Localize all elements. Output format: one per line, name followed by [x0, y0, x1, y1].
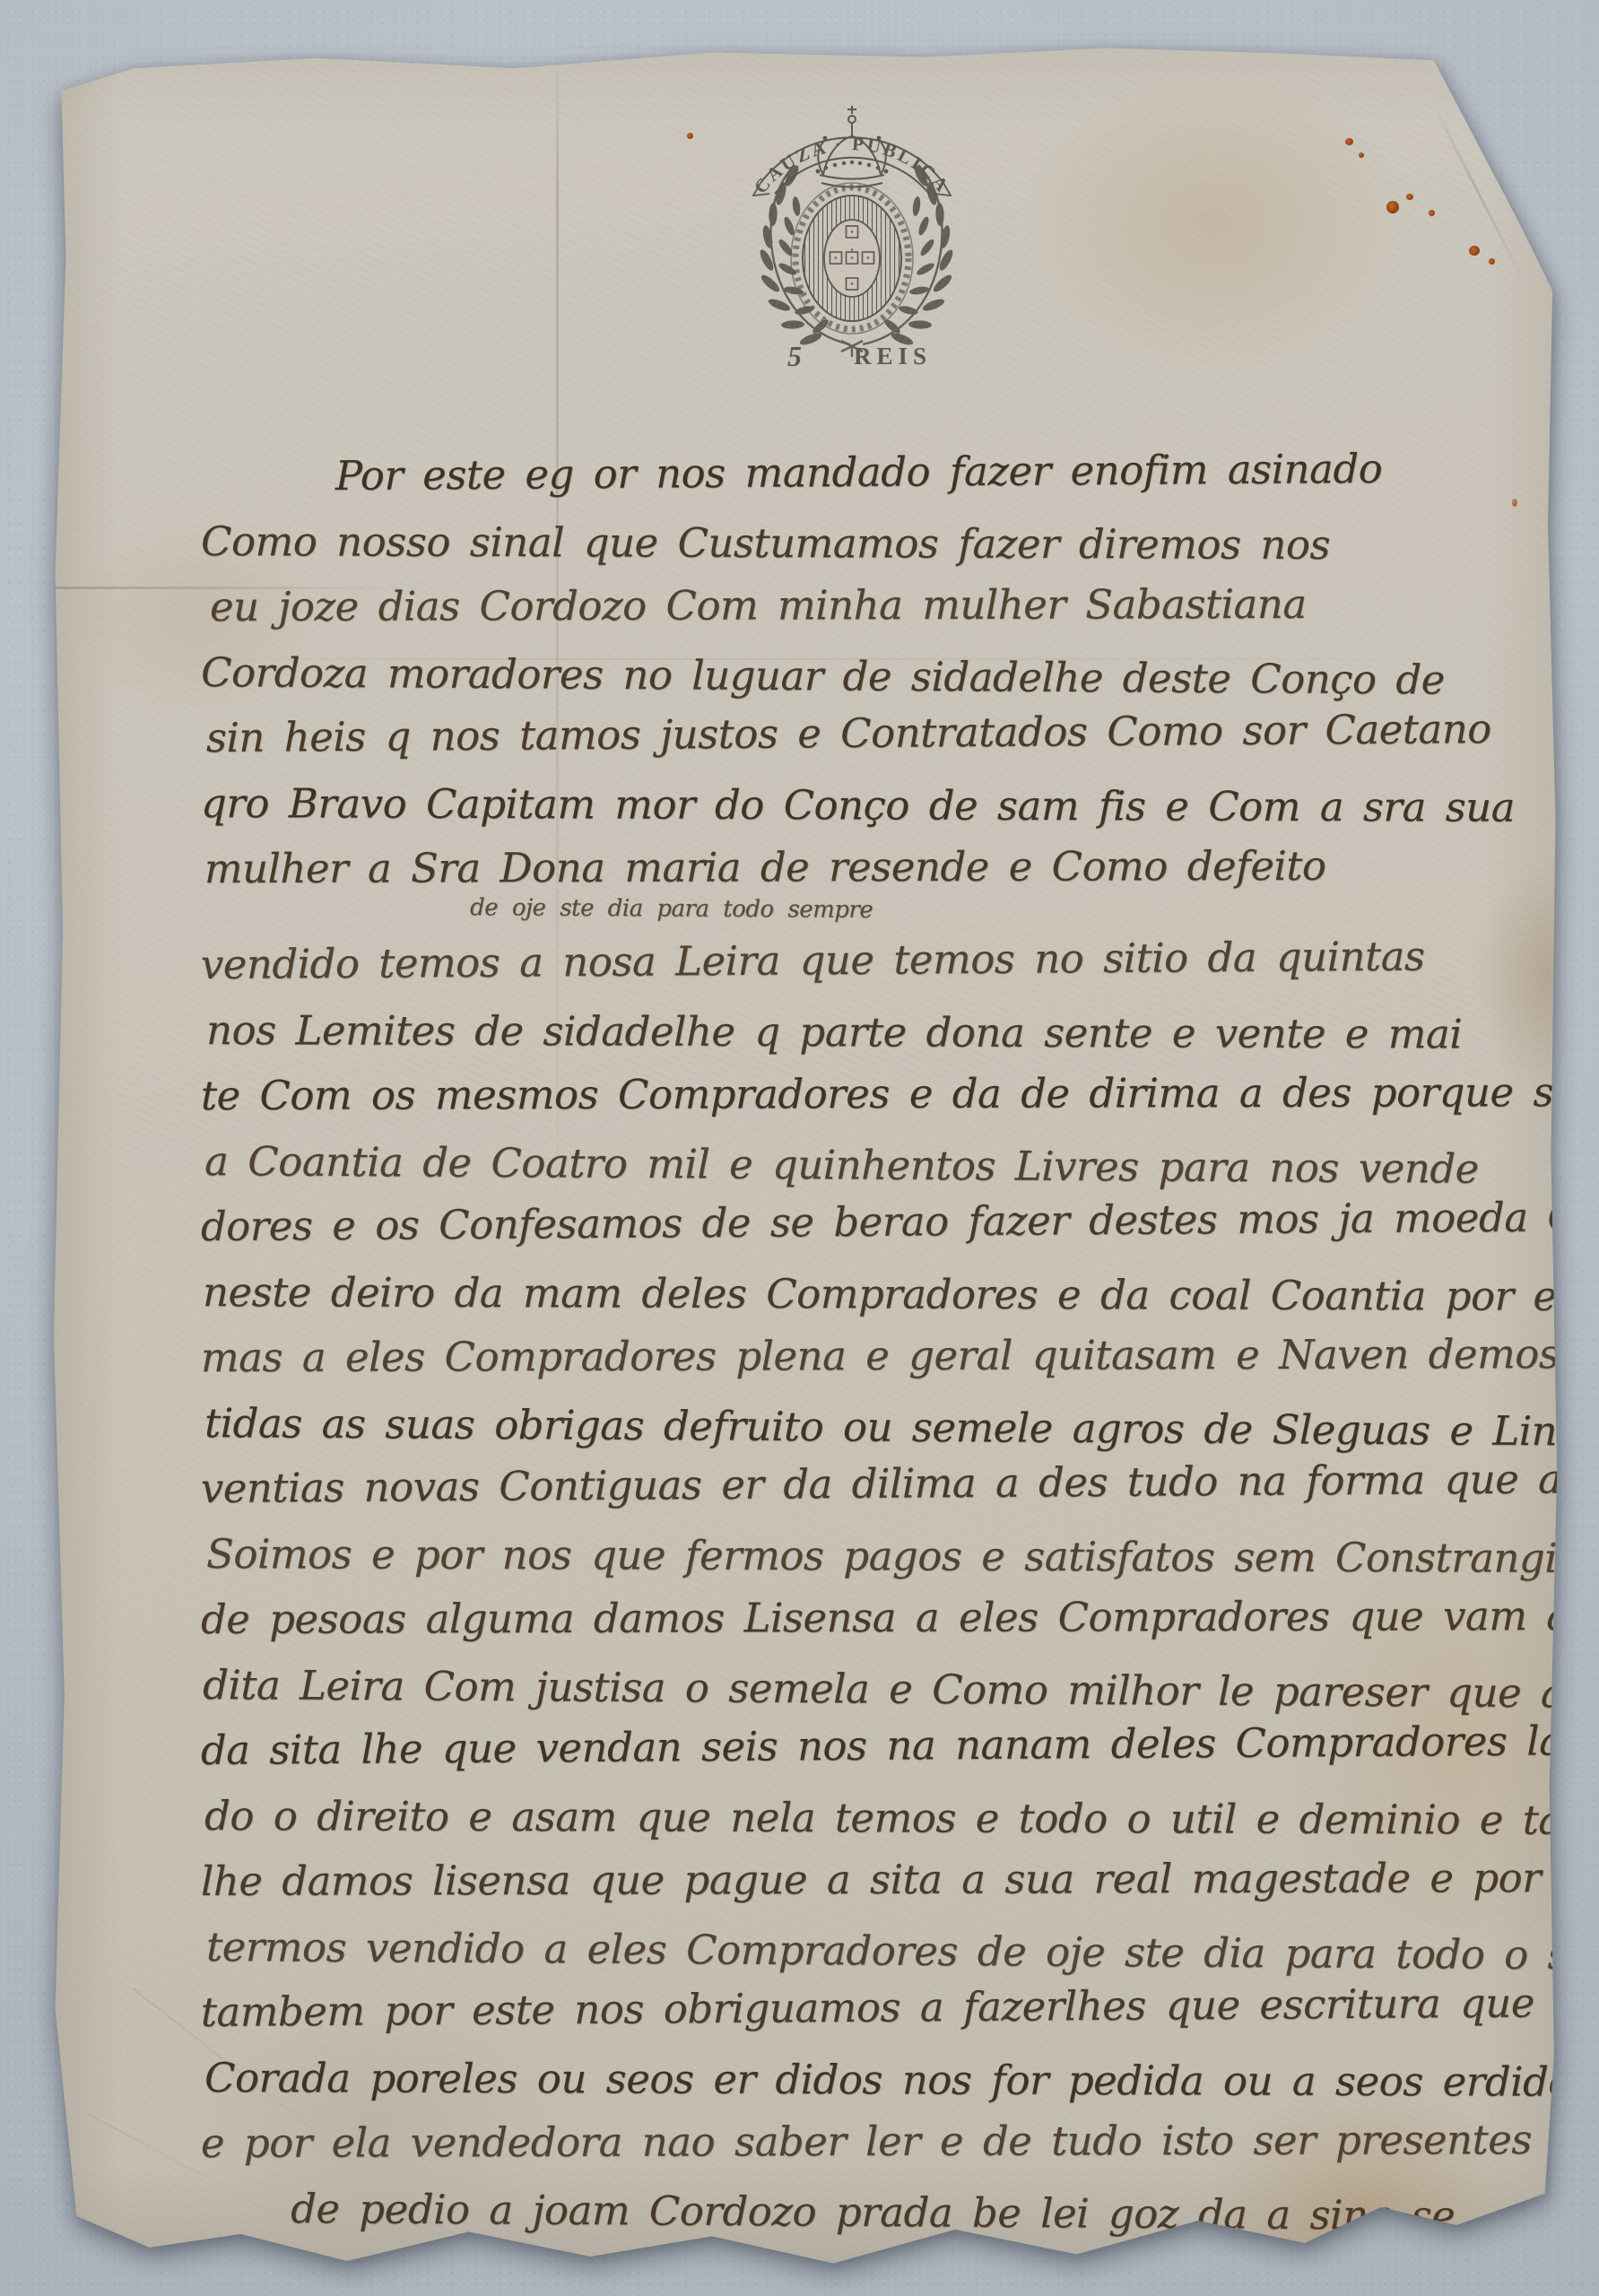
- stamp-denomination-unit: REIS: [854, 343, 932, 370]
- folded-corner: [1448, 57, 1556, 268]
- tax-stamp: CAUZA · PUBLICA: [717, 83, 995, 370]
- stamp-denomination-value: 5: [787, 340, 802, 370]
- manuscript-line: sin heis q nos tamos justos e Contratado…: [205, 683, 1536, 758]
- manuscript-line: Soimos e por nos que fermos pagos e sati…: [206, 1509, 1537, 1578]
- manuscript-line: Como nosso sinal que Custumamos fazer di…: [201, 496, 1537, 566]
- manuscript-line: Por este eg or nos mandado fazer enofim …: [335, 422, 1536, 496]
- manuscript-line: Corada poreles ou seos er didos nos for …: [204, 2032, 1537, 2102]
- stamp-shield: [791, 183, 913, 334]
- manuscript-line: neste deiro da mam deles Compradores e d…: [203, 1247, 1537, 1317]
- rust-stain: [1429, 210, 1435, 216]
- manuscript-line: tambem por este nos obriguamos a fazerlh…: [200, 1958, 1536, 2032]
- manuscript-line: qro Bravo Capitam mor do Conço de sam fi…: [201, 758, 1537, 828]
- rust-stain: [687, 133, 693, 139]
- manuscript-line: do o direito e asam que nela temos e tod…: [204, 1770, 1537, 1840]
- manuscript-line: ventias novas Contiguas er da dilima a d…: [200, 1434, 1536, 1509]
- rust-stain: [1489, 258, 1495, 265]
- stamp-denomination: 5 REIS: [787, 340, 932, 370]
- manuscript-line: de pedio a joam Cordozo prada be lei goz…: [291, 2163, 1537, 2236]
- manuscript-line: eu joze dias Cordozo Com minha mulher Sa…: [210, 558, 1537, 627]
- rust-stain: [1406, 194, 1413, 200]
- manuscript-text: Por este eg or nos mandado fazer enofim …: [201, 430, 1537, 2229]
- manuscript-line: lhe damos lisensa que pague a sita a sua…: [201, 1832, 1537, 1901]
- rust-stain: [1386, 201, 1399, 213]
- manuscript-line: te Com os mesmos Compradores e da de dir…: [201, 1047, 1537, 1116]
- manuscript-line: mas a eles Compradores plena e geral qui…: [201, 1309, 1537, 1378]
- rust-stain: [1345, 138, 1353, 145]
- manuscript-line: e por ela vendedora nao saber ler e de t…: [201, 2094, 1537, 2163]
- manuscript-line: vendido temos a nosa Leira que temos no …: [200, 910, 1536, 985]
- paper-surface: CAUZA · PUBLICA: [43, 32, 1563, 2279]
- manuscript-line: de pesoas alguma damos Lisensa a eles Co…: [201, 1570, 1537, 1639]
- rust-stain: [1469, 246, 1480, 256]
- manuscript-line: da sita lhe que vendan seis nos na nanam…: [200, 1696, 1536, 1770]
- manuscript-line: nos Lemites de sidadelhe q parte dona se…: [206, 985, 1537, 1055]
- rust-stain: [1359, 152, 1364, 158]
- crease-line: [1430, 99, 1525, 283]
- manuscript-line: dores e os Confesamos de se berao fazer …: [200, 1172, 1536, 1247]
- manuscript-line: mulher a Sra Dona maria de resende e Com…: [204, 820, 1537, 889]
- paper-sheet: CAUZA · PUBLICA: [43, 32, 1563, 2279]
